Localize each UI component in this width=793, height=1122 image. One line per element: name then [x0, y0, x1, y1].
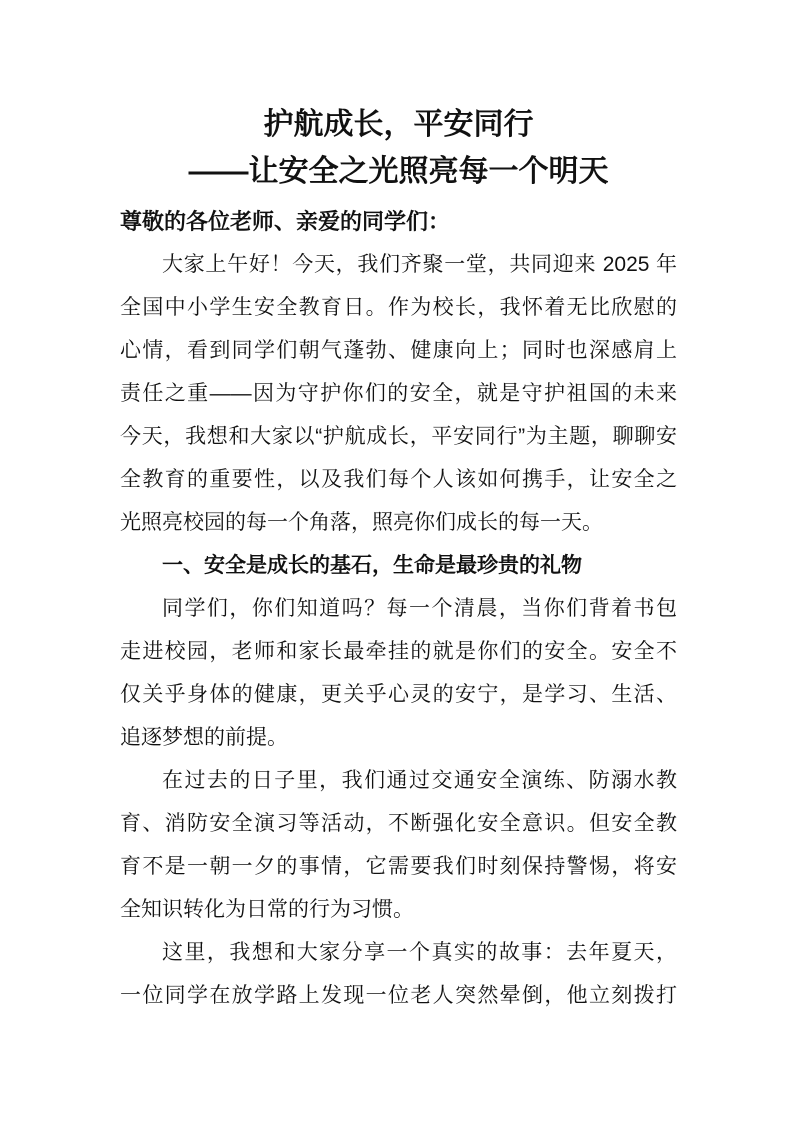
paragraph-2: 同学们，你们知道吗？每一个清晨，当你们背着书包 走进校园，老师和家长最牵挂的就是…	[120, 587, 677, 759]
text-line: 走进校园，老师和家长最牵挂的就是你们的安全。安全不	[120, 630, 677, 673]
paragraph-1: 大家上午好！今天，我们齐聚一堂，共同迎来 2025 年 全国中小学生安全教育日。…	[120, 243, 677, 544]
text-line: 责任之重——因为守护你们的安全，就是守护祖国的未来	[120, 372, 677, 415]
text-line: 追逐梦想的前提。	[120, 716, 677, 759]
text-line: 育、消防安全演习等活动，不断强化安全意识。但安全教	[120, 802, 677, 845]
text-line: 仅关乎身体的健康，更关乎心灵的安宁，是学习、生活、	[120, 673, 677, 716]
section-1-heading: 一、安全是成长的基石，生命是最珍贵的礼物	[120, 544, 677, 587]
document-content: 护航成长，平安同行 ——让安全之光照亮每一个明天 尊敬的各位老师、亲爱的同学们：…	[120, 0, 677, 1017]
document-title-line-1: 护航成长，平安同行	[120, 101, 677, 148]
text-line: 大家上午好！今天，我们齐聚一堂，共同迎来 2025 年	[120, 243, 677, 286]
document-page: 护航成长，平安同行 ——让安全之光照亮每一个明天 尊敬的各位老师、亲爱的同学们：…	[0, 0, 793, 1122]
text-line: 全国中小学生安全教育日。作为校长，我怀着无比欣慰的	[120, 286, 677, 329]
text-line: 心情，看到同学们朝气蓬勃、健康向上；同时也深感肩上	[120, 329, 677, 372]
salutation: 尊敬的各位老师、亲爱的同学们：	[120, 200, 677, 243]
text-line: 育不是一朝一夕的事情，它需要我们时刻保持警惕，将安	[120, 845, 677, 888]
text-line: 全教育的重要性，以及我们每个人该如何携手，让安全之	[120, 458, 677, 501]
document-title-line-2: ——让安全之光照亮每一个明天	[120, 148, 677, 195]
text-line: 同学们，你们知道吗？每一个清晨，当你们背着书包	[120, 587, 677, 630]
text-line: 光照亮校园的每一个角落，照亮你们成长的每一天。	[120, 501, 677, 544]
text-line: 全知识转化为日常的行为习惯。	[120, 888, 677, 931]
text-line: 今天，我想和大家以“护航成长，平安同行”为主题，聊聊安	[120, 415, 677, 458]
text-line: 这里，我想和大家分享一个真实的故事：去年夏天，	[120, 931, 677, 974]
paragraph-4: 这里，我想和大家分享一个真实的故事：去年夏天， 一位同学在放学路上发现一位老人突…	[120, 931, 677, 1017]
text-line: 在过去的日子里，我们通过交通安全演练、防溺水教	[120, 759, 677, 802]
text-line: 一位同学在放学路上发现一位老人突然晕倒，他立刻拨打	[120, 974, 677, 1017]
paragraph-3: 在过去的日子里，我们通过交通安全演练、防溺水教 育、消防安全演习等活动，不断强化…	[120, 759, 677, 931]
document-title-block: 护航成长，平安同行 ——让安全之光照亮每一个明天	[120, 101, 677, 195]
